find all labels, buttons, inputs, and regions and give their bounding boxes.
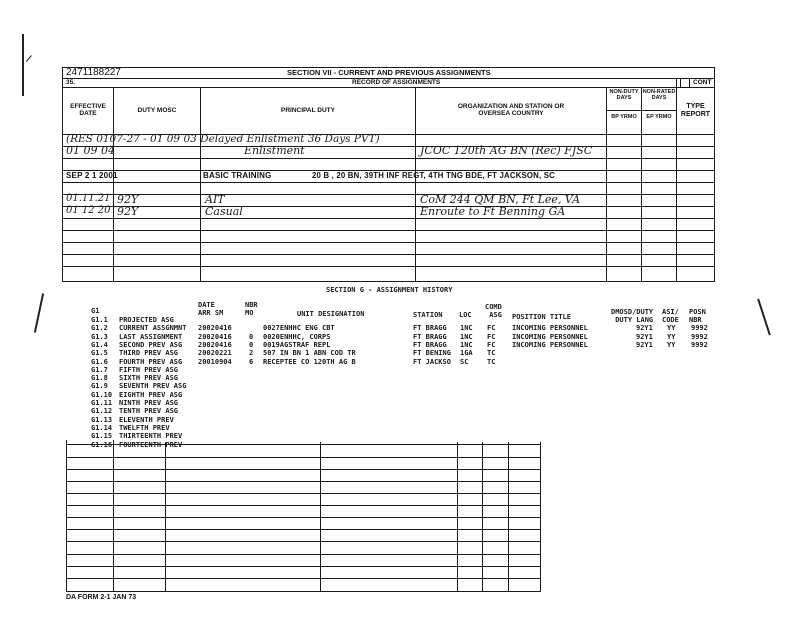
- row-station: FT BENING: [413, 349, 451, 357]
- row-label: PROJECTED ASG: [119, 316, 174, 324]
- row-posn: 9992: [691, 341, 708, 349]
- row-label: SEVENTH PREV ASG: [119, 382, 186, 390]
- form-rule: [66, 578, 541, 579]
- row-comd: FC: [487, 324, 495, 332]
- row-label: SECOND PREV ASG: [119, 341, 182, 349]
- record-2-duty: BASIC TRAINING: [203, 171, 272, 180]
- item-number: 35.: [66, 79, 75, 86]
- row-loc: SC: [460, 358, 468, 366]
- record-1-date: 01 09 04: [66, 144, 115, 157]
- col-principal-duty: PRINCIPAL DUTY: [201, 107, 415, 114]
- row-dmosd: 92Y1: [636, 333, 653, 341]
- row-label: CURRENT ASSGNMNT: [119, 324, 186, 332]
- record-4-duty: Casual: [205, 205, 243, 218]
- row-position: INCOMING PERSONNEL: [512, 333, 588, 341]
- form-rule: [66, 457, 541, 458]
- cont-label: CONT: [693, 79, 711, 86]
- row-label: SIXTH PREV ASG: [119, 374, 178, 382]
- row-station: FT BRAGG: [413, 324, 447, 332]
- form-footer: DA FORM 2-1 JAN 73: [66, 594, 136, 601]
- hdr-position: POSITION TITLE: [512, 313, 571, 321]
- form-rule: [66, 505, 541, 506]
- row-label: EIGHTH PREV ASG: [119, 391, 182, 399]
- row-label: THIRTEENTH PREV: [119, 432, 182, 440]
- form-rule: [66, 469, 541, 470]
- form-rule: [66, 541, 541, 542]
- scan-mark: [757, 299, 770, 336]
- row-asi: YY: [667, 333, 675, 341]
- row-code: G1.14: [91, 424, 112, 432]
- record-1-duty: Enlistment: [244, 144, 305, 157]
- form-id-number: 2471188227: [66, 67, 121, 78]
- row-unit: 0019AGSTRAF REPL: [263, 341, 330, 349]
- row-label: TENTH PREV ASG: [119, 407, 178, 415]
- form-rule: [66, 493, 541, 494]
- row-station: FT JACKSO: [413, 358, 451, 366]
- row-label: THIRD PREV ASG: [119, 349, 178, 357]
- section-title: SECTION VII - CURRENT AND PREVIOUS ASSIG…: [287, 68, 491, 77]
- record-1-org: JCOC 120th AG BN (Rec) FJSC: [420, 144, 592, 157]
- row-loc: 1GA: [460, 349, 473, 357]
- row-code: G1.3: [91, 333, 108, 341]
- form-rule: [66, 444, 541, 445]
- row-code: G1.6: [91, 358, 108, 366]
- record-4-org: Enroute to Ft Benning GA: [420, 205, 565, 218]
- form-rule: [66, 529, 541, 530]
- scan-mark: [34, 293, 44, 332]
- row-date: 20010904: [198, 358, 232, 366]
- col-duty-mosc: DUTY MOSC: [114, 107, 200, 114]
- scan-mark: [22, 34, 24, 96]
- col-organization: ORGANIZATION AND STATION OR OVERSEA COUN…: [455, 103, 567, 117]
- col-type-report: TYPE REPORT: [677, 103, 714, 119]
- row-comd: FC: [487, 341, 495, 349]
- hdr-unit: UNIT DESIGNATION: [297, 310, 364, 318]
- row-comd: FC: [487, 333, 495, 341]
- row-station: FT BRAGG: [413, 341, 447, 349]
- row-unit: RECEPTEE CO 120TH AG B: [263, 358, 356, 366]
- record-2-org: 20 B , 20 BN, 39TH INF REGT, 4TH TNG BDE…: [312, 171, 555, 180]
- row-code: G1.8: [91, 374, 108, 382]
- row-code: G1.10: [91, 391, 112, 399]
- hdr-loc: LOC: [459, 311, 472, 319]
- row-dmosd: 92Y1: [636, 341, 653, 349]
- hdr-date-arr: DATE ARR SM: [198, 301, 223, 318]
- record-4-mosc: 92Y: [117, 205, 138, 218]
- hdr-code: G1: [91, 307, 99, 315]
- row-code: G1.13: [91, 416, 112, 424]
- form-rule: [66, 566, 541, 567]
- row-posn: 9992: [691, 324, 708, 332]
- row-comd: TC: [487, 358, 495, 366]
- row-label: NINTH PREV ASG: [119, 399, 178, 407]
- row-code: G1.4: [91, 341, 108, 349]
- row-label: TWELFTH PREV: [119, 424, 170, 432]
- row-posn: 9992: [691, 333, 708, 341]
- scan-mark: [26, 55, 32, 62]
- row-unit: 0020ENHHC, CORPS: [263, 333, 330, 341]
- row-label: LAST ASSIGNMENT: [119, 333, 182, 341]
- row-asi: YY: [667, 324, 675, 332]
- row-code: G1.5: [91, 349, 108, 357]
- row-code: G1.1: [91, 316, 108, 324]
- row-dmosd: 92Y1: [636, 324, 653, 332]
- row-code: G1.7: [91, 366, 108, 374]
- row-loc: 1NC: [460, 341, 473, 349]
- row-station: FT BRAGG: [413, 333, 447, 341]
- record-2-date: SEP 2 1 2001: [66, 171, 118, 180]
- row-date: 20020416: [198, 333, 232, 341]
- row-position: INCOMING PERSONNEL: [512, 324, 588, 332]
- record-4-date: 01 12 20: [66, 205, 111, 216]
- row-asi: YY: [667, 341, 675, 349]
- section-g-title: SECTION G - ASSIGNMENT HISTORY: [326, 286, 452, 294]
- hdr-nbr-mo: NBR MO: [245, 301, 258, 318]
- row-date: 20020221: [198, 349, 232, 357]
- row-code: G1.2: [91, 324, 108, 332]
- row-date: 20020416: [198, 341, 232, 349]
- row-label: FIFTH PREV ASG: [119, 366, 178, 374]
- row-nbr: 0: [249, 341, 253, 349]
- row-code: G1.15: [91, 432, 112, 440]
- row-label: FOURTH PREV ASG: [119, 358, 182, 366]
- form-rule: [66, 554, 541, 555]
- col-effective-date: EFFECTIVE DATE: [64, 103, 112, 117]
- record-title: RECORD OF ASSIGNMENTS: [352, 79, 440, 86]
- row-nbr: 6: [249, 358, 253, 366]
- hdr-comd: COMD ASG: [485, 303, 502, 320]
- row-unit: 0027ENHHC ENG CBT: [263, 324, 335, 332]
- row-code: G1.12: [91, 407, 112, 415]
- row-position: INCOMING PERSONNEL: [512, 341, 588, 349]
- col-non-duty-days: NON-DUTY DAYS: [607, 89, 641, 101]
- row-loc: 1NC: [460, 324, 473, 332]
- cont-checkbox[interactable]: [680, 78, 690, 88]
- col-bp-yrmo: BP YRMO: [610, 114, 638, 120]
- col-non-rated-days: NON-RATED DAYS: [642, 89, 676, 101]
- row-unit: 507 IN BN 1 ABN COD TR: [263, 349, 356, 357]
- row-comd: TC: [487, 349, 495, 357]
- hdr-asi: ASI/ CODE: [662, 308, 679, 325]
- hdr-posn: POSN NBR: [689, 308, 706, 325]
- row-code: G1.9: [91, 382, 108, 390]
- form-rule: [66, 481, 541, 482]
- col-ep-yrmo: EP YRMO: [645, 114, 673, 120]
- form-rule: [66, 517, 541, 518]
- row-nbr: 0: [249, 333, 253, 341]
- record-3-date: 01.11.21: [66, 193, 111, 204]
- hdr-dmosd: DMOSD/DUTY DUTY LANG: [611, 308, 653, 325]
- row-code: G1.11: [91, 399, 112, 407]
- row-label: ELEVENTH PREV: [119, 416, 174, 424]
- row-loc: 1NC: [460, 333, 473, 341]
- hdr-station: STATION: [413, 311, 443, 319]
- form-rule: [66, 591, 541, 592]
- row-nbr: 2: [249, 349, 253, 357]
- row-date: 20020416: [198, 324, 232, 332]
